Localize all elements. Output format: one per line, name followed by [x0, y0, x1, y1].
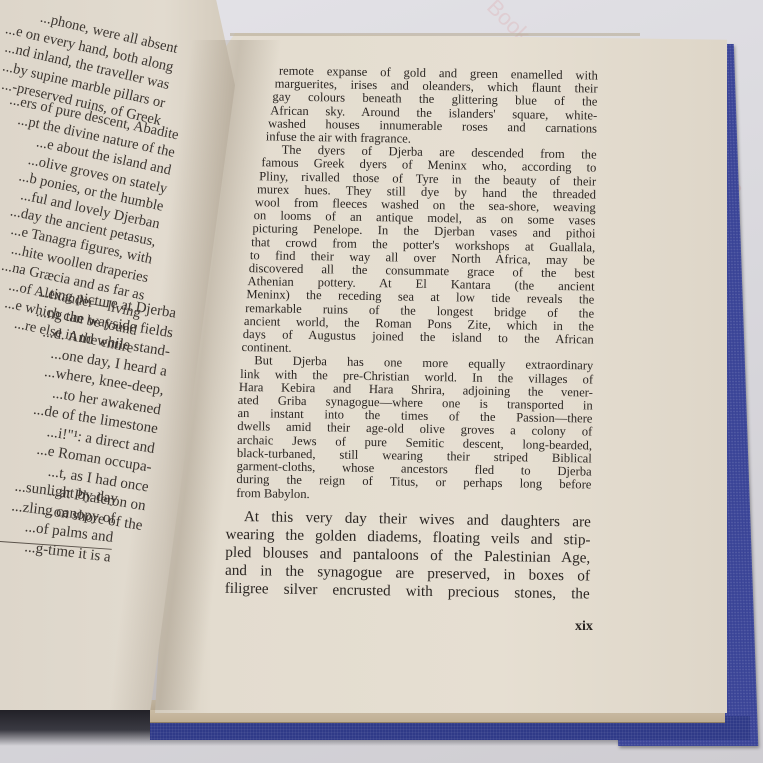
right-page-small-type-block: remote expanse of gold and green enamell… [236, 64, 598, 505]
right-page-top-edge [230, 33, 640, 36]
page-number: xix [575, 619, 593, 635]
right-page-text: remote expanse of gold and green enamell… [235, 64, 598, 603]
right-page-large-type-block: At this very day their wives and daughte… [225, 507, 591, 603]
